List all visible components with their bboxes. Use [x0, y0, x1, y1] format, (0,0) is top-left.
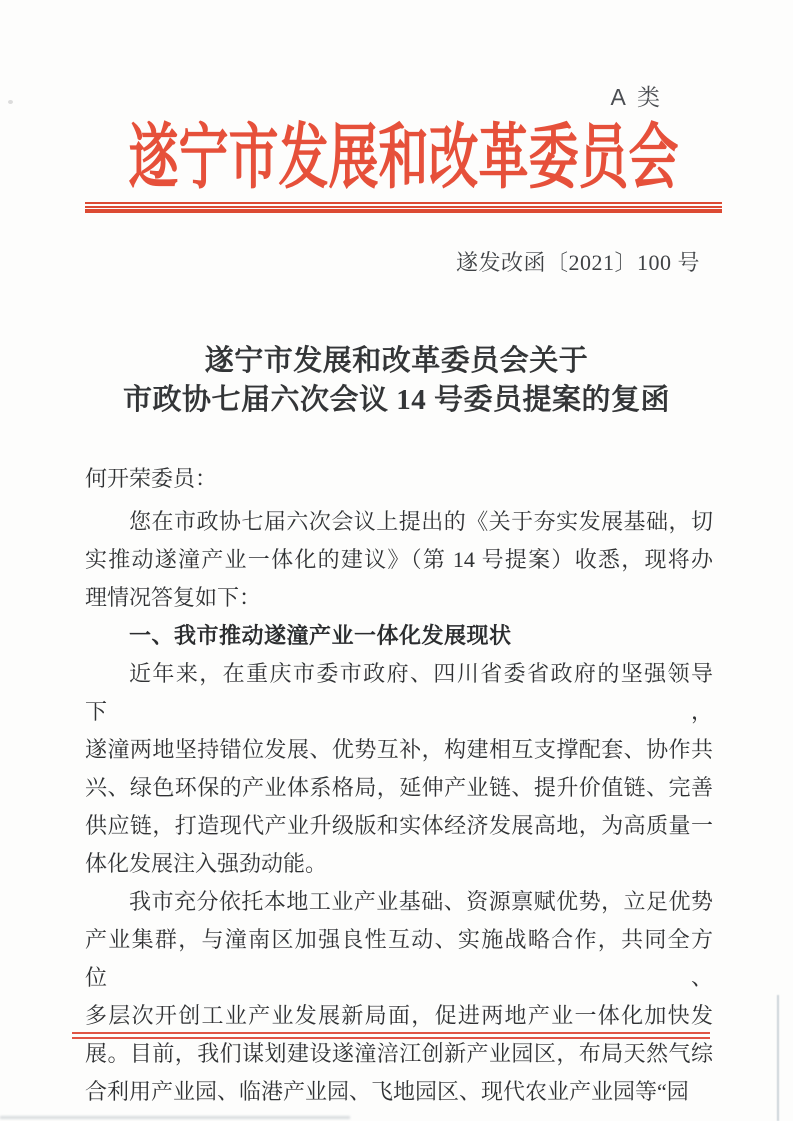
scan-edge-right: [777, 995, 779, 1121]
bottom-rule-line-2: [72, 1037, 710, 1039]
opening-paragraph: 您在市政协七届六次会议上提出的《关于夯实发展基础，切实推动遂潼产业一体化的建议》…: [85, 503, 713, 617]
paragraph-line: 遂潼两地坚持错位发展、优势互补，构建相互支撑配套、协作共: [85, 731, 713, 769]
paragraph-line: 合利用产业园、临港产业园、飞地园区、现代农业产业园等“园: [85, 1073, 713, 1111]
paragraph-line: 产业集群，与潼南区加强良性互动、实施战略合作，共同全方位、: [85, 921, 713, 997]
title-line-2: 市政协七届六次会议 14 号委员提案的复函: [0, 381, 793, 420]
paragraph-line: 实推动遂潼产业一体化的建议》（第 14 号提案）收悉，现将办: [85, 541, 713, 579]
paragraph-line: 展。目前，我们谋划建设遂潼涪江创新产业园区，布局天然气综: [85, 1035, 713, 1073]
salutation: 何开荣委员：: [85, 460, 713, 498]
scan-speck: [8, 100, 13, 104]
paragraph-line: 我市充分依托本地工业产业基础、资源禀赋优势，立足优势: [85, 883, 713, 921]
title-line-1: 遂宁市发展和改革委员会关于: [0, 342, 793, 381]
rule-line-thick: [85, 209, 722, 213]
paragraph-line: 多层次开创工业产业发展新局面，促进两地产业一体化加快发: [85, 997, 713, 1035]
category-label: A 类: [611, 79, 663, 112]
paragraph-line: 体化发展注入强劲动能。: [85, 845, 713, 883]
paragraph-line: 近年来，在重庆市委市政府、四川省委省政府的坚强领导下，: [85, 655, 713, 731]
paragraph-line: 兴、绿色环保的产业体系格局，延伸产业链、提升价值链、完善: [85, 769, 713, 807]
paragraph-line: 供应链，打造现代产业升级版和实体经济发展高地，为高质量一: [85, 807, 713, 845]
scan-edge-bottom: [0, 1116, 350, 1119]
paragraph-line: 理情况答复如下：: [85, 579, 713, 617]
agency-name: 遂宁市发展和改革委员会: [85, 122, 722, 193]
document-page: A 类 遂宁市发展和改革委员会 遂发改函〔2021〕100 号 遂宁市发展和改革…: [0, 0, 793, 1121]
section1-paragraph-1: 近年来，在重庆市委市政府、四川省委省政府的坚强领导下，遂潼两地坚持错位发展、优势…: [85, 655, 713, 883]
document-number: 遂发改函〔2021〕100 号: [456, 246, 700, 277]
header-red-rule: [85, 202, 722, 213]
page-bottom-red-rule: [72, 1032, 710, 1039]
document-body: 何开荣委员： 您在市政协七届六次会议上提出的《关于夯实发展基础，切实推动遂潼产业…: [85, 460, 713, 1111]
document-title: 遂宁市发展和改革委员会关于 市政协七届六次会议 14 号委员提案的复函: [0, 342, 793, 420]
paragraph-line: 您在市政协七届六次会议上提出的《关于夯实发展基础，切: [85, 503, 713, 541]
section-heading: 一、我市推动遂潼产业一体化发展现状: [85, 617, 713, 655]
section1-paragraph-2: 我市充分依托本地工业产业基础、资源禀赋优势，立足优势产业集群，与潼南区加强良性互…: [85, 883, 713, 1111]
